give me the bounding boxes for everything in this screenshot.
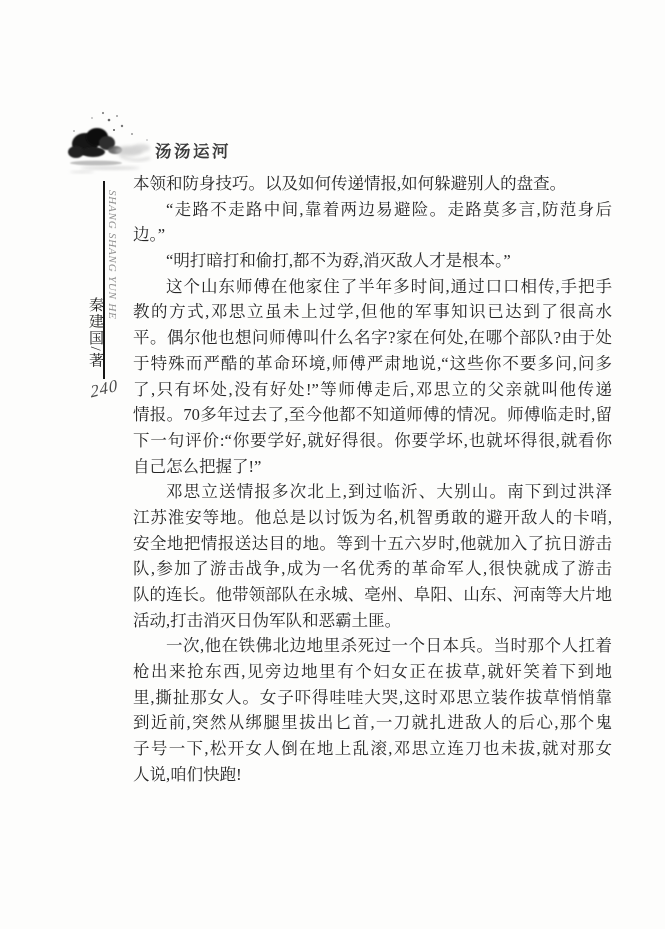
body-text-line: 于特殊而严酷的革命环境,师傅严肃地说,“这些你不要多问,问多	[133, 351, 612, 377]
book-title: 汤汤运河	[155, 138, 231, 162]
body-text-line: 下一句评价:“你要学好,就好得很。你要学坏,也就坏得很,就看你	[133, 428, 612, 454]
body-text-line: 教的方式,邓思立虽未上过学,但他的军事知识已达到了很高水	[133, 299, 612, 325]
book-page: 汤汤运河 SHANG SHANG YUN HE 秦建国/著 240 本领和防身技…	[0, 0, 665, 929]
body-text-line: 队的连长。他带领部队在永城、亳州、阜阳、山东、河南等大片地区	[133, 582, 612, 608]
body-text-line: 到近前,突然从绑腿里拔出匕首,一刀就扎进敌人的后心,那个鬼	[133, 710, 612, 736]
body-text-line: 安全地把情报送达目的地。等到十五六岁时,他就加入了抗日游击	[133, 531, 612, 557]
body-text-line: 枪出来抢东西,见旁边地里有个妇女正在拔草,就奸笑着下到地	[133, 659, 612, 685]
body-text-line: 子号一下,松开女人倒在地上乱滚,邓思立连刀也未拔,就对那女	[133, 736, 612, 762]
body-text-line: 边。”	[133, 222, 612, 248]
body-text-line: 了,只有坏处,没有好处!”等师傅走后,邓思立的父亲就叫他传递	[133, 377, 612, 403]
body-text-line: 本领和防身技巧。以及如何传递情报,如何躲避别人的盘查。	[133, 171, 612, 197]
body-text-line: 情报。70多年过去了,至今他都不知道师傅的情况。师傅临走时,留	[133, 402, 612, 428]
body-text-line: 里,撕扯那女人。女子吓得哇哇大哭,这时邓思立装作拔草悄悄靠	[133, 685, 612, 711]
body-text-line: 人说,咱们快跑!	[133, 762, 612, 788]
body-text-line: 江苏淮安等地。他总是以讨饭为名,机智勇敢的避开敌人的卡哨,	[133, 505, 612, 531]
body-text-line: 平。偶尔他也想问师傅叫什么名字?家在何处,在哪个部队?由于处	[133, 325, 612, 351]
body-text-line: 自己怎么把握了!”	[133, 454, 612, 480]
body-text-line: “明打暗打和偷打,都不为孬,消灭敌人才是根本。”	[133, 248, 612, 274]
body-text-line: 邓思立送情报多次北上,到过临沂、大别山。南下到过洪泽湖、	[133, 479, 612, 505]
body-text-line: 这个山东师傅在他家住了半年多时间,通过口口相传,手把手	[133, 274, 612, 300]
series-title-pinyin: SHANG SHANG YUN HE	[106, 190, 118, 330]
body-text-line: “走路不走路中间,靠着两边易避险。走路莫多言,防范身后	[133, 197, 612, 223]
body-text-line: 队,参加了游击战争,成为一名优秀的革命军人,很快就成了游击	[133, 556, 612, 582]
body-text: 本领和防身技巧。以及如何传递情报,如何躲避别人的盘查。“走路不走路中间,靠着两边…	[133, 171, 612, 788]
body-text-line: 一次,他在铁佛北边地里杀死过一个日本兵。当时那个人扛着	[133, 633, 612, 659]
author-name: 秦建国/著	[85, 297, 106, 383]
ink-painting-logo	[62, 110, 158, 176]
body-text-line: 活动,打击消灭日伪军队和恶霸土匪。	[133, 608, 612, 634]
